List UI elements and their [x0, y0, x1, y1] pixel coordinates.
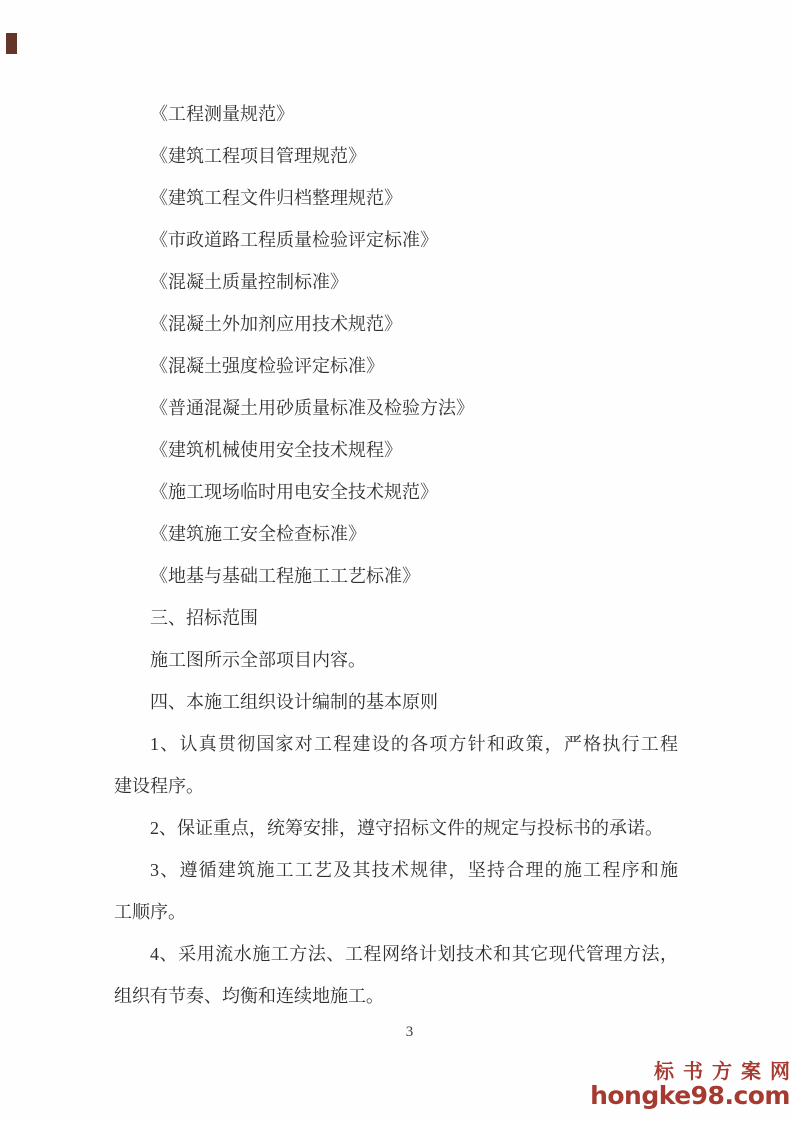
section-3-body-line: 施工图所示全部项目内容。: [114, 639, 678, 681]
watermark-site-name: 标书方案网: [590, 1060, 793, 1083]
standard-reference-line: 《混凝土强度检验评定标准》: [114, 345, 678, 387]
section-4-heading: 四、本施工组织设计编制的基本原则: [114, 681, 678, 723]
standard-reference-line: 《工程测量规范》: [114, 93, 678, 135]
document-page: 《工程测量规范》 《建筑工程项目管理规范》 《建筑工程文件归档整理规范》 《市政…: [0, 0, 793, 1122]
principle-4-line-2: 组织有节奏、均衡和连续地施工。: [114, 975, 678, 1017]
principle-2-line-1: 2、保证重点，统筹安排，遵守招标文件的规定与投标书的承诺。: [114, 807, 678, 849]
standard-reference-line: 《建筑工程项目管理规范》: [114, 135, 678, 177]
section-3-heading: 三、招标范围: [114, 597, 678, 639]
principle-3-line-2: 工顺序。: [114, 891, 678, 933]
corner-bookmark-mark: [6, 33, 17, 54]
principle-1-line-1: 1、认真贯彻国家对工程建设的各项方针和政策，严格执行工程: [114, 723, 678, 765]
standard-reference-line: 《施工现场临时用电安全技术规范》: [114, 471, 678, 513]
watermark-site-domain: hongke98.com: [590, 1083, 790, 1109]
principle-4-line-1: 4、采用流水施工方法、工程网络计划技术和其它现代管理方法，: [114, 933, 678, 975]
page-number: 3: [0, 1022, 793, 1042]
standard-reference-line: 《地基与基础工程施工工艺标准》: [114, 555, 678, 597]
standard-reference-line: 《建筑机械使用安全技术规程》: [114, 429, 678, 471]
standard-reference-line: 《混凝土外加剂应用技术规范》: [114, 303, 678, 345]
principle-3-line-1: 3、遵循建筑施工工艺及其技术规律，坚持合理的施工程序和施: [114, 849, 678, 891]
standard-reference-line: 《市政道路工程质量检验评定标准》: [114, 219, 678, 261]
standard-reference-line: 《普通混凝土用砂质量标准及检验方法》: [114, 387, 678, 429]
watermark: 标书方案网 hongke98.com: [590, 1060, 790, 1109]
principle-1-line-2: 建设程序。: [114, 765, 678, 807]
standard-reference-line: 《建筑工程文件归档整理规范》: [114, 177, 678, 219]
document-body: 《工程测量规范》 《建筑工程项目管理规范》 《建筑工程文件归档整理规范》 《市政…: [114, 93, 678, 1017]
standard-reference-line: 《混凝土质量控制标准》: [114, 261, 678, 303]
standard-reference-line: 《建筑施工安全检查标准》: [114, 513, 678, 555]
